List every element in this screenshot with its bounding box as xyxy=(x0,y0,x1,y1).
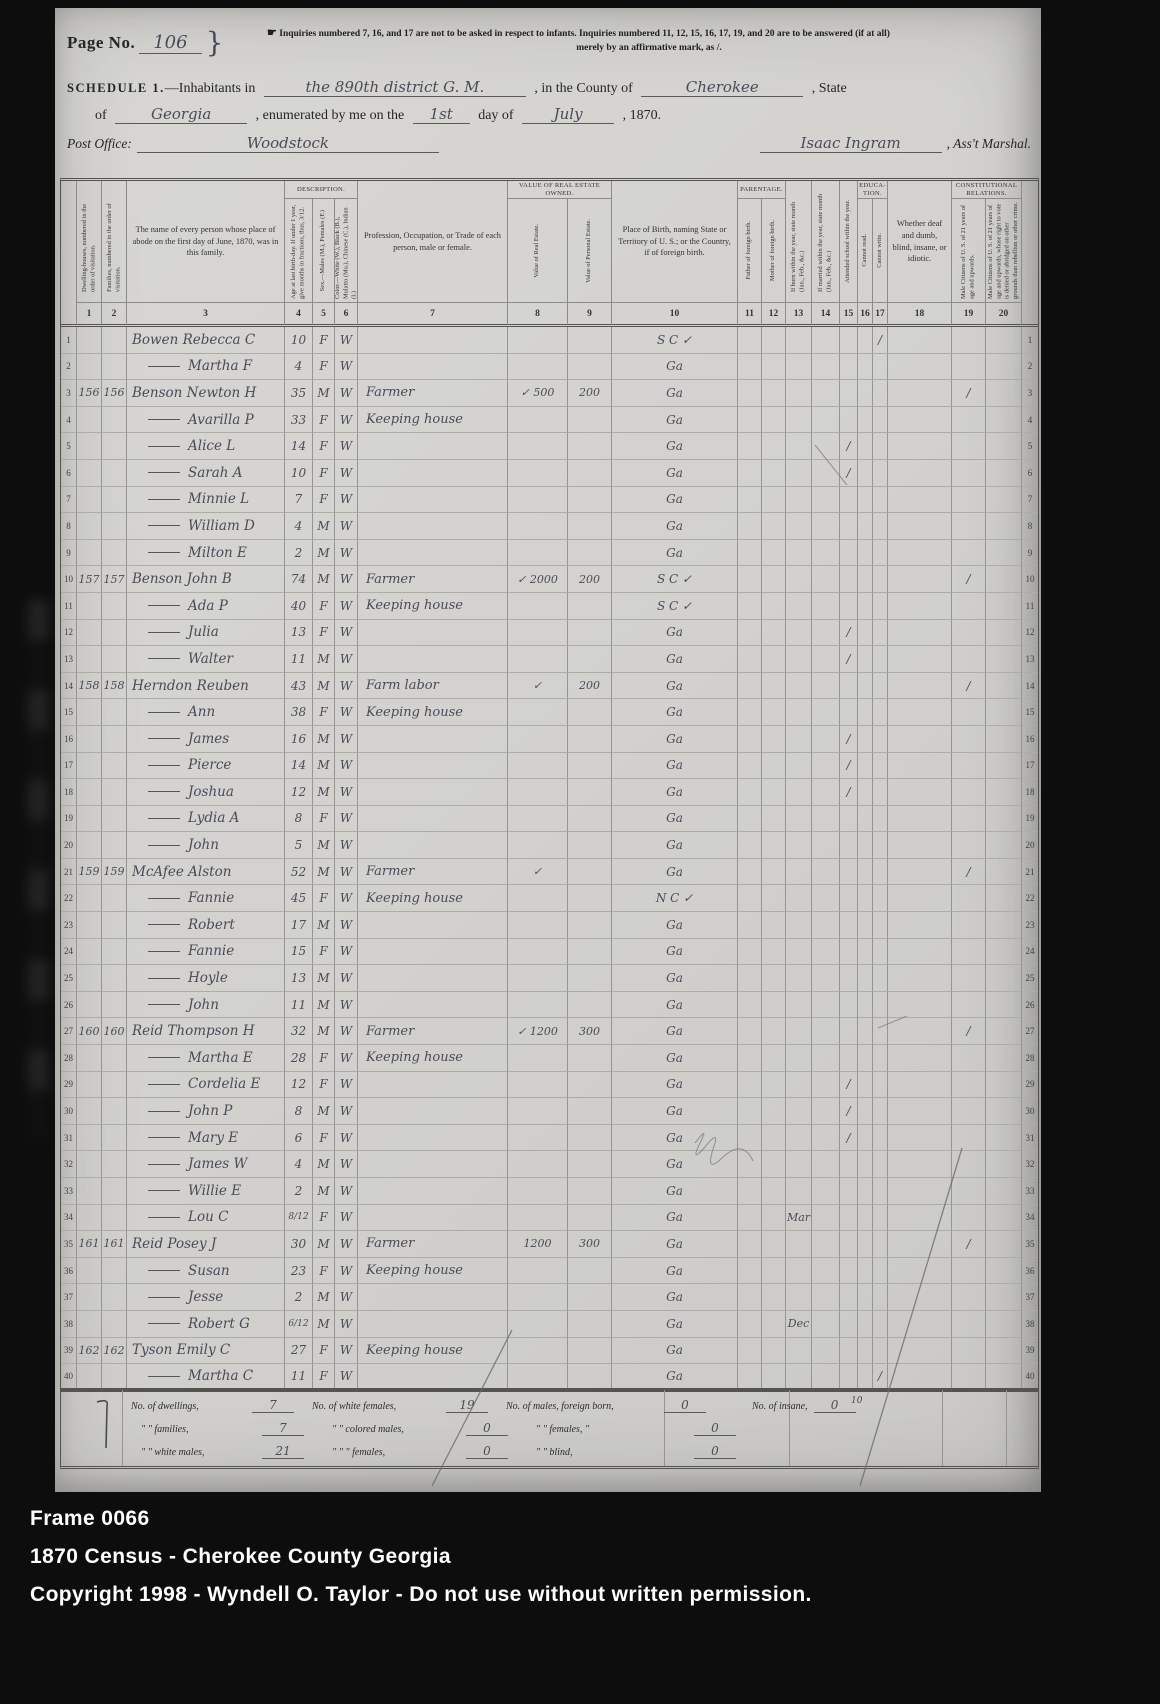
ditto-mark xyxy=(148,1084,180,1085)
totals-label: " " families, xyxy=(131,1424,256,1435)
name-cell: McAfee Alston xyxy=(127,859,285,886)
row-number: 33 xyxy=(61,1178,77,1205)
sex-cell: F xyxy=(313,1072,335,1099)
cannot-write-cell xyxy=(873,354,888,381)
family-number-cell xyxy=(102,593,127,620)
age-cell: 8/12 xyxy=(285,1205,313,1232)
sex-cell: F xyxy=(313,354,335,381)
dwelling-number-cell xyxy=(77,1098,102,1125)
father-foreign-cell xyxy=(738,327,762,354)
disability-cell xyxy=(888,699,952,726)
occupation-cell: Farmer xyxy=(358,380,508,407)
row-number: 40 xyxy=(61,1364,77,1391)
dwelling-number-cell: 159 xyxy=(77,859,102,886)
personal-estate-cell xyxy=(568,992,612,1019)
father-foreign-cell xyxy=(738,699,762,726)
age-cell: 17 xyxy=(285,912,313,939)
married-month-cell xyxy=(812,1125,840,1152)
cannot-read-cell xyxy=(858,912,873,939)
disability-cell xyxy=(888,460,952,487)
ditto-mark xyxy=(148,978,180,979)
mother-foreign-cell xyxy=(762,1231,786,1258)
male-citizen-cell xyxy=(952,354,986,381)
column-number: 10 xyxy=(612,303,738,327)
birthplace-cell: Ga xyxy=(612,646,738,673)
occupation-cell xyxy=(358,1178,508,1205)
cannot-write-cell xyxy=(873,1284,888,1311)
totals-label: No. of males, foreign born, xyxy=(506,1401,658,1412)
personal-estate-cell xyxy=(568,1364,612,1391)
row-number: 32 xyxy=(61,1151,77,1178)
real-estate-cell xyxy=(508,1258,568,1285)
disability-cell xyxy=(888,487,952,514)
name-cell: John xyxy=(127,992,285,1019)
age-cell: 16 xyxy=(285,726,313,753)
birthplace-cell: Ga xyxy=(612,939,738,966)
inquiries-note: ☛ Inquiries numbered 7, 16, and 17 are n… xyxy=(267,26,1031,56)
family-number-cell: 158 xyxy=(102,673,127,700)
male-citizen-cell xyxy=(952,513,986,540)
schedule-text-6: day of xyxy=(478,108,513,123)
attended-school-cell xyxy=(840,1311,858,1338)
personal-estate-cell: 200 xyxy=(568,673,612,700)
column-header: Profession, Occupation, or Trade of each… xyxy=(358,181,508,303)
personal-estate-cell xyxy=(568,513,612,540)
born-month-cell xyxy=(786,912,812,939)
row-number: 12 xyxy=(1022,620,1038,647)
ditto-mark xyxy=(148,845,180,846)
schedule-line: Schedule 1.—Inhabitants in the 890th dis… xyxy=(67,78,1031,97)
page-header: Page No. 106 } ☛ Inquiries numbered 7, 1… xyxy=(67,26,1031,153)
cannot-read-cell xyxy=(858,779,873,806)
ditto-mark xyxy=(148,1057,180,1058)
name-cell: Willie E xyxy=(127,1178,285,1205)
married-month-cell xyxy=(812,487,840,514)
column-number: 11 xyxy=(738,303,762,327)
birthplace-cell: Ga xyxy=(612,540,738,567)
cannot-read-cell xyxy=(858,513,873,540)
sex-cell: F xyxy=(313,407,335,434)
row-number: 21 xyxy=(1022,859,1038,886)
cannot-write-cell xyxy=(873,885,888,912)
column-number: 8 xyxy=(508,303,568,327)
cannot-write-cell xyxy=(873,433,888,460)
family-number-cell xyxy=(102,433,127,460)
column-group-header: Educa-tion. xyxy=(858,181,888,199)
real-estate-cell xyxy=(508,646,568,673)
mother-foreign-cell xyxy=(762,1045,786,1072)
cannot-read-cell xyxy=(858,832,873,859)
occupation-cell xyxy=(358,992,508,1019)
male-citizen-cell xyxy=(952,1045,986,1072)
father-foreign-cell xyxy=(738,965,762,992)
father-foreign-cell xyxy=(738,885,762,912)
sex-cell: F xyxy=(313,1045,335,1072)
row-number: 19 xyxy=(1022,806,1038,833)
name-cell: Alice L xyxy=(127,433,285,460)
married-month-cell xyxy=(812,1338,840,1365)
birthplace-cell: Ga xyxy=(612,1178,738,1205)
ditto-mark xyxy=(148,472,180,473)
name-cell: William D xyxy=(127,513,285,540)
cannot-write-cell xyxy=(873,939,888,966)
age-cell: 5 xyxy=(285,832,313,859)
color-cell: W xyxy=(335,806,358,833)
color-cell: W xyxy=(335,699,358,726)
mother-foreign-cell xyxy=(762,540,786,567)
schedule-text-3: , State xyxy=(812,81,847,96)
color-cell: W xyxy=(335,1178,358,1205)
married-month-cell xyxy=(812,1178,840,1205)
screenshot-frame: Page No. 106 } ☛ Inquiries numbered 7, 1… xyxy=(0,0,1160,1704)
cannot-write-cell xyxy=(873,1072,888,1099)
male-citizen-cell xyxy=(952,593,986,620)
sex-cell: F xyxy=(313,593,335,620)
real-estate-cell xyxy=(508,1125,568,1152)
mother-foreign-cell xyxy=(762,753,786,780)
born-month-cell xyxy=(786,1231,812,1258)
column-group-header: Value of Real Estate owned. xyxy=(508,181,612,199)
married-month-cell xyxy=(812,566,840,593)
inquiries-line2: merely by an affirmative mark, as /. xyxy=(267,42,1031,56)
real-estate-cell xyxy=(508,1311,568,1338)
real-estate-cell xyxy=(508,779,568,806)
birthplace-cell: Ga xyxy=(612,859,738,886)
occupation-cell xyxy=(358,513,508,540)
post-office-label: Post Office: xyxy=(67,136,132,152)
vote-denied-cell xyxy=(986,939,1022,966)
column-header: Attended school within the year. xyxy=(840,181,858,303)
vote-denied-cell xyxy=(986,1338,1022,1365)
real-estate-cell xyxy=(508,1178,568,1205)
cannot-read-cell xyxy=(858,460,873,487)
totals-label: " " colored males, xyxy=(322,1424,460,1435)
ditto-mark xyxy=(148,1376,180,1377)
cannot-write-cell xyxy=(873,620,888,647)
name-cell: Martha C xyxy=(127,1364,285,1391)
totals-value: 0 xyxy=(466,1421,508,1436)
disability-cell xyxy=(888,1045,952,1072)
father-foreign-cell xyxy=(738,487,762,514)
census-page: Page No. 106 } ☛ Inquiries numbered 7, 1… xyxy=(55,8,1041,1492)
age-cell: 6/12 xyxy=(285,1311,313,1338)
born-month-cell xyxy=(786,1284,812,1311)
color-cell: W xyxy=(335,1205,358,1232)
name-cell: Milton E xyxy=(127,540,285,567)
vote-denied-cell xyxy=(986,1072,1022,1099)
father-foreign-cell xyxy=(738,1284,762,1311)
mother-foreign-cell xyxy=(762,1151,786,1178)
disability-cell xyxy=(888,859,952,886)
father-foreign-cell xyxy=(738,1231,762,1258)
mother-foreign-cell xyxy=(762,1018,786,1045)
family-number-cell xyxy=(102,460,127,487)
ditto-mark xyxy=(148,499,180,500)
mother-foreign-cell xyxy=(762,327,786,354)
row-number: 12 xyxy=(61,620,77,647)
vote-denied-cell xyxy=(986,806,1022,833)
personal-estate-cell xyxy=(568,593,612,620)
born-month-cell xyxy=(786,540,812,567)
attended-school-cell xyxy=(840,1258,858,1285)
dwelling-number-cell xyxy=(77,699,102,726)
mother-foreign-cell xyxy=(762,832,786,859)
schedule-line-2: of Georgia , enumerated by me on the 1st… xyxy=(95,105,1031,124)
occupation-cell xyxy=(358,646,508,673)
cannot-write-cell xyxy=(873,1258,888,1285)
personal-estate-cell xyxy=(568,407,612,434)
color-cell: W xyxy=(335,753,358,780)
sex-cell: M xyxy=(313,1018,335,1045)
cannot-write-cell xyxy=(873,832,888,859)
disability-cell xyxy=(888,912,952,939)
mother-foreign-cell xyxy=(762,673,786,700)
attended-school-cell: / xyxy=(840,620,858,647)
cannot-write-cell xyxy=(873,460,888,487)
occupation-cell xyxy=(358,1151,508,1178)
dwelling-number-cell xyxy=(77,620,102,647)
age-cell: 2 xyxy=(285,1178,313,1205)
real-estate-cell xyxy=(508,1098,568,1125)
cannot-write-cell xyxy=(873,673,888,700)
disability-cell xyxy=(888,513,952,540)
ditto-mark xyxy=(148,765,180,766)
vote-denied-cell xyxy=(986,646,1022,673)
family-number-cell xyxy=(102,487,127,514)
dwelling-number-cell xyxy=(77,832,102,859)
vote-denied-cell xyxy=(986,779,1022,806)
row-number: 25 xyxy=(1022,965,1038,992)
color-cell: W xyxy=(335,327,358,354)
family-number-cell xyxy=(102,327,127,354)
column-header: Male Citizens of U. S. of 21 years of ag… xyxy=(986,199,1022,303)
birthplace-cell: Ga xyxy=(612,673,738,700)
married-month-cell xyxy=(812,327,840,354)
vote-denied-cell xyxy=(986,593,1022,620)
column-number: 16 xyxy=(858,303,873,327)
married-month-cell xyxy=(812,1098,840,1125)
row-number: 9 xyxy=(61,540,77,567)
totals-label: " " white males, xyxy=(131,1447,256,1458)
male-citizen-cell xyxy=(952,992,986,1019)
father-foreign-cell xyxy=(738,1125,762,1152)
real-estate-cell: ✓ 2000 xyxy=(508,566,568,593)
born-month-cell xyxy=(786,566,812,593)
cannot-write-cell xyxy=(873,1178,888,1205)
age-cell: 10 xyxy=(285,460,313,487)
column-number: 18 xyxy=(888,303,952,327)
birthplace-cell: Ga xyxy=(612,965,738,992)
vote-denied-cell xyxy=(986,1231,1022,1258)
color-cell: W xyxy=(335,992,358,1019)
vote-denied-cell xyxy=(986,1284,1022,1311)
vote-denied-cell xyxy=(986,912,1022,939)
dwelling-number-cell xyxy=(77,354,102,381)
attended-school-cell xyxy=(840,1231,858,1258)
mother-foreign-cell xyxy=(762,1205,786,1232)
totals-value: 0 xyxy=(664,1398,706,1413)
family-number-cell: 157 xyxy=(102,566,127,593)
mother-foreign-cell xyxy=(762,620,786,647)
column-number: 13 xyxy=(786,303,812,327)
dwelling-number-cell xyxy=(77,939,102,966)
totals-bracket-mark xyxy=(93,1396,119,1464)
personal-estate-cell xyxy=(568,1098,612,1125)
family-number-cell xyxy=(102,1045,127,1072)
male-citizen-cell xyxy=(952,1205,986,1232)
attended-school-cell: / xyxy=(840,726,858,753)
row-number: 4 xyxy=(1022,407,1038,434)
totals-label: No. of white females, xyxy=(312,1401,440,1412)
cannot-read-cell xyxy=(858,1072,873,1099)
born-month-cell xyxy=(786,327,812,354)
column-group-header: Description. xyxy=(285,181,358,199)
vote-denied-cell xyxy=(986,433,1022,460)
family-number-cell xyxy=(102,832,127,859)
father-foreign-cell xyxy=(738,1338,762,1365)
born-month-cell xyxy=(786,965,812,992)
male-citizen-cell xyxy=(952,1258,986,1285)
disability-cell xyxy=(888,380,952,407)
born-month-cell xyxy=(786,380,812,407)
family-number-cell xyxy=(102,912,127,939)
row-number: 26 xyxy=(61,992,77,1019)
cannot-read-cell xyxy=(858,1151,873,1178)
attended-school-cell: / xyxy=(840,779,858,806)
family-number-cell xyxy=(102,540,127,567)
sex-cell: M xyxy=(313,779,335,806)
schedule-text-2: , in the County of xyxy=(534,81,632,96)
cannot-read-cell xyxy=(858,859,873,886)
male-citizen-cell xyxy=(952,965,986,992)
color-cell: W xyxy=(335,1364,358,1391)
disability-cell xyxy=(888,726,952,753)
married-month-cell xyxy=(812,1072,840,1099)
name-cell: Benson Newton H xyxy=(127,380,285,407)
cannot-write-cell xyxy=(873,1311,888,1338)
row-number: 27 xyxy=(1022,1018,1038,1045)
mother-foreign-cell xyxy=(762,992,786,1019)
real-estate-cell xyxy=(508,407,568,434)
personal-estate-cell xyxy=(568,1072,612,1099)
occupation-cell: Keeping house xyxy=(358,885,508,912)
row-number: 15 xyxy=(61,699,77,726)
color-cell: W xyxy=(335,1231,358,1258)
sex-cell: M xyxy=(313,540,335,567)
mother-foreign-cell xyxy=(762,726,786,753)
name-cell: Avarilla P xyxy=(127,407,285,434)
row-number: 32 xyxy=(1022,1151,1038,1178)
attended-school-cell xyxy=(840,380,858,407)
occupation-cell xyxy=(358,1125,508,1152)
personal-estate-cell xyxy=(568,726,612,753)
column-number: 6 xyxy=(335,303,358,327)
post-office-line: Post Office: Woodstock Isaac Ingram, Ass… xyxy=(67,134,1031,153)
vote-denied-cell xyxy=(986,327,1022,354)
name-cell: Herndon Reuben xyxy=(127,673,285,700)
dwelling-number-cell xyxy=(77,753,102,780)
mother-foreign-cell xyxy=(762,1098,786,1125)
birthplace-cell: Ga xyxy=(612,354,738,381)
dwelling-number-cell xyxy=(77,646,102,673)
cannot-read-cell xyxy=(858,433,873,460)
male-citizen-cell xyxy=(952,620,986,647)
born-month-cell xyxy=(786,779,812,806)
cannot-write-cell xyxy=(873,1205,888,1232)
real-estate-cell: 1200 xyxy=(508,1231,568,1258)
sex-cell: F xyxy=(313,806,335,833)
married-month-cell xyxy=(812,1205,840,1232)
family-number-cell xyxy=(102,885,127,912)
personal-estate-cell: 200 xyxy=(568,380,612,407)
vote-denied-cell xyxy=(986,992,1022,1019)
married-month-cell xyxy=(812,885,840,912)
disability-cell xyxy=(888,779,952,806)
name-cell: Susan xyxy=(127,1258,285,1285)
color-cell: W xyxy=(335,832,358,859)
dwelling-number-cell xyxy=(77,460,102,487)
male-citizen-cell xyxy=(952,1364,986,1391)
name-cell: Bowen Rebecca C xyxy=(127,327,285,354)
occupation-cell xyxy=(358,487,508,514)
born-month-cell xyxy=(786,832,812,859)
born-month-cell xyxy=(786,513,812,540)
dwelling-number-cell xyxy=(77,1125,102,1152)
occupation-cell xyxy=(358,726,508,753)
column-number: 14 xyxy=(812,303,840,327)
column-group-header: Constitutional Relations. xyxy=(952,181,1022,199)
age-cell: 33 xyxy=(285,407,313,434)
married-month-cell xyxy=(812,380,840,407)
dwelling-number-cell xyxy=(77,540,102,567)
family-number-cell xyxy=(102,407,127,434)
cannot-write-cell xyxy=(873,965,888,992)
family-number-cell xyxy=(102,726,127,753)
mother-foreign-cell xyxy=(762,1284,786,1311)
ditto-mark xyxy=(148,1164,180,1165)
real-estate-cell xyxy=(508,513,568,540)
married-month-cell xyxy=(812,699,840,726)
family-number-cell xyxy=(102,1311,127,1338)
name-cell: Walter xyxy=(127,646,285,673)
row-number: 27 xyxy=(61,1018,77,1045)
born-month-cell xyxy=(786,806,812,833)
age-cell: 45 xyxy=(285,885,313,912)
attended-school-cell xyxy=(840,1045,858,1072)
row-number: 20 xyxy=(61,832,77,859)
page-number-value: 106 xyxy=(139,32,201,54)
color-cell: W xyxy=(335,726,358,753)
row-number: 29 xyxy=(61,1072,77,1099)
born-month-cell xyxy=(786,992,812,1019)
married-month-cell xyxy=(812,806,840,833)
married-month-cell xyxy=(812,1284,840,1311)
real-estate-cell xyxy=(508,1045,568,1072)
birthplace-cell: Ga xyxy=(612,806,738,833)
row-number: 39 xyxy=(61,1338,77,1365)
married-month-cell xyxy=(812,992,840,1019)
ditto-mark xyxy=(148,898,180,899)
ditto-mark xyxy=(148,1137,180,1138)
column-header: Place of Birth, naming State or Territor… xyxy=(612,181,738,303)
dwelling-number-cell xyxy=(77,513,102,540)
age-cell: 74 xyxy=(285,566,313,593)
row-number: 7 xyxy=(1022,487,1038,514)
sex-cell: M xyxy=(313,380,335,407)
ditto-mark xyxy=(148,632,180,633)
real-estate-cell xyxy=(508,1072,568,1099)
male-citizen-cell xyxy=(952,1098,986,1125)
